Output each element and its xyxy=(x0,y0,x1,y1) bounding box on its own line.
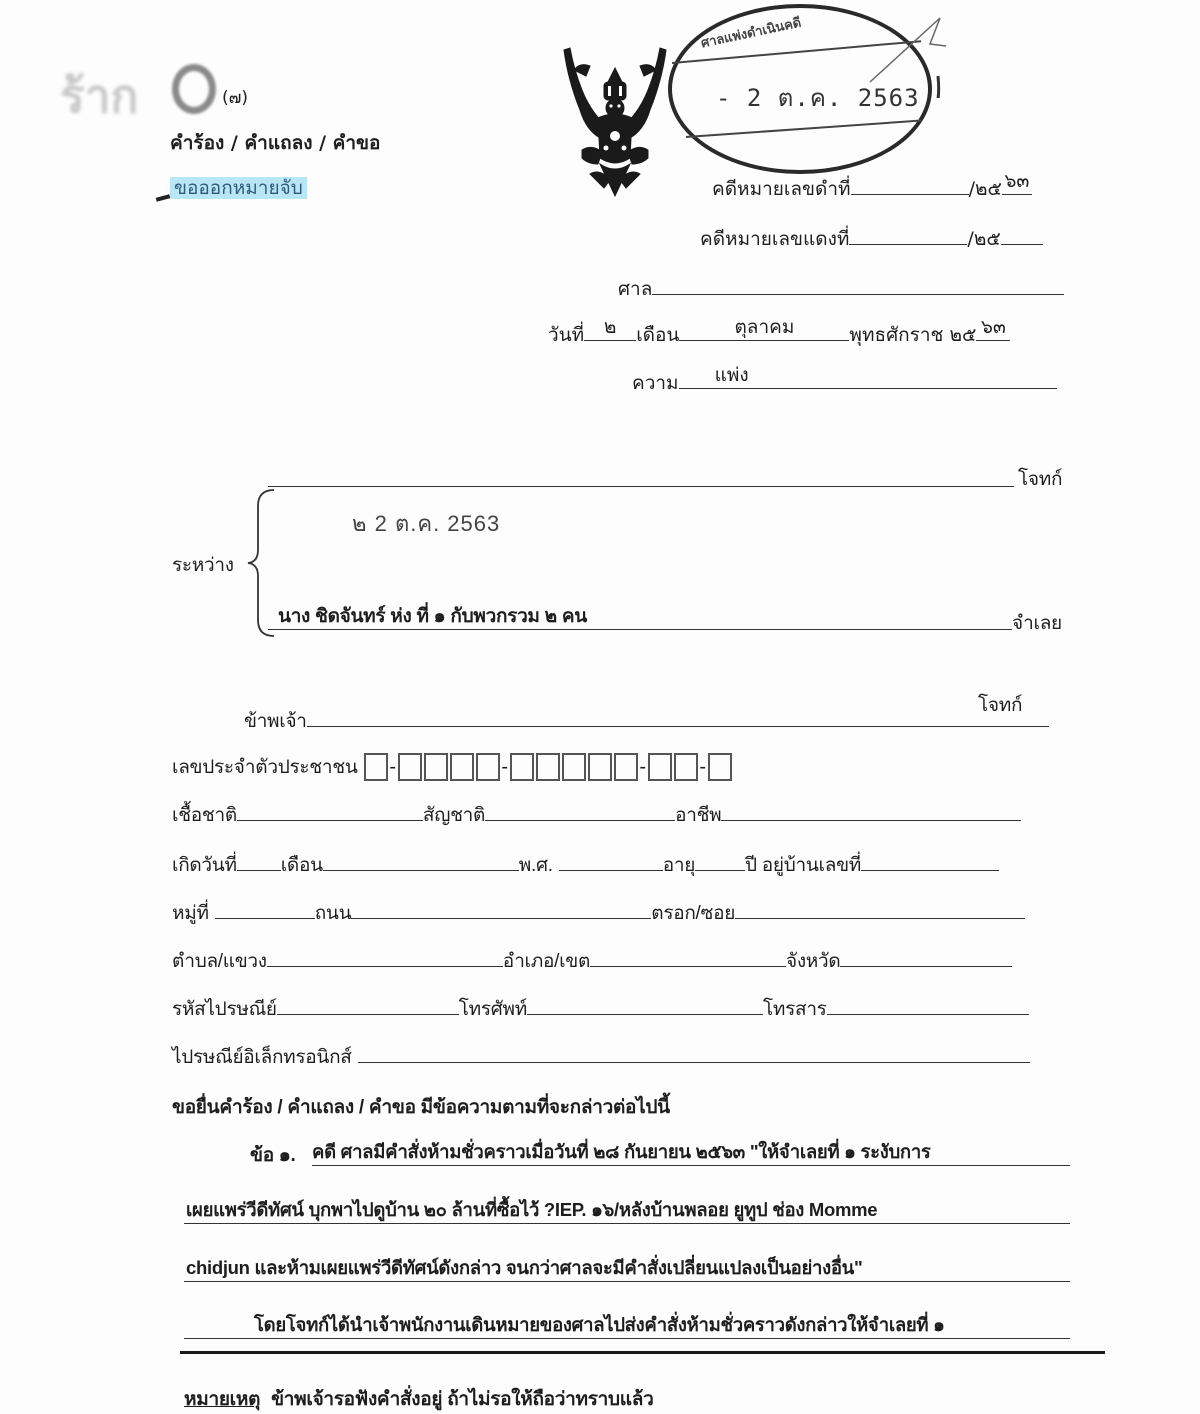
red-case-row: คดีหมายเลขแดงที่/๒๕ xyxy=(700,226,1043,251)
matter-field[interactable]: แพ่ง xyxy=(679,370,1057,389)
court-row: ศาล xyxy=(618,276,1064,301)
black-case-number-field[interactable] xyxy=(851,176,969,195)
garuda-emblem-icon xyxy=(560,40,670,200)
id-digit-box[interactable] xyxy=(614,753,638,781)
defendant-label: จำเลย xyxy=(1012,608,1062,638)
race-label: เชื้อชาติ xyxy=(172,805,237,826)
item-label: ข้อ ๑. xyxy=(250,1140,296,1170)
matter-row: ความแพ่ง xyxy=(632,370,1057,395)
year-field[interactable]: ๖๓ xyxy=(976,322,1010,341)
age-label: อายุ xyxy=(663,855,695,876)
subdistrict-field[interactable] xyxy=(267,948,503,967)
petition-line-1[interactable]: คดี ศาลมีคำสั่งห้ามชั่วคราวเมื่อวันที่ ๒… xyxy=(312,1138,931,1167)
province-field[interactable] xyxy=(840,948,1012,967)
id-separator: - xyxy=(501,756,509,779)
petition-intro: ขอยื่นคำร้อง / คำแถลง / คำขอ มีข้อความตา… xyxy=(172,1092,670,1122)
birth-row: เกิดวันที่เดือนพ.ศ.อายุปี อยู่บ้านเลขที่ xyxy=(172,850,999,880)
house-number-field[interactable] xyxy=(861,852,999,871)
between-date-stamp: ๒ 2 ต.ค. 2563 xyxy=(352,506,500,541)
date-label: วันที่ xyxy=(548,324,584,346)
national-id-field[interactable]: ---- xyxy=(363,756,733,777)
nationality-field[interactable] xyxy=(485,802,675,821)
race-row: เชื้อชาติสัญชาติอาชีพ xyxy=(172,800,1021,830)
petition-underline-2 xyxy=(184,1223,1070,1224)
form-type-title: คำร้อง / คำแถลง / คำขอ xyxy=(170,131,380,155)
national-id-label: เลขประจำตัวประชาชน xyxy=(172,757,358,778)
red-case-year-prefix: /๒๕ xyxy=(967,228,1000,250)
id-digit-box[interactable] xyxy=(424,753,448,781)
year-label: พุทธศักราช ๒๕ xyxy=(849,324,976,346)
fax-label: โทรสาร xyxy=(763,999,827,1020)
id-separator: - xyxy=(389,756,397,779)
court-label: ศาล xyxy=(618,278,652,300)
petition-line-2[interactable]: เผยแพร่วีดีทัศน์ บุกพาไปดูบ้าน ๒๐ ล้านที… xyxy=(186,1196,877,1225)
month-field[interactable]: ตุลาคม xyxy=(679,322,849,341)
contact-row: รหัสไปรษณีย์โทรศัพท์โทรสาร xyxy=(172,994,1029,1024)
court-field[interactable] xyxy=(652,276,1064,295)
id-separator: - xyxy=(639,756,647,779)
petition-underline-3 xyxy=(184,1281,1070,1282)
alley-field[interactable] xyxy=(735,900,1025,919)
plaintiff-label: โจทก์ xyxy=(1018,464,1062,494)
note-label: หมายเหตุ xyxy=(184,1389,260,1410)
email-row: ไปรษณีย์อิเล็กทรอนิกส์ xyxy=(172,1042,1030,1072)
id-digit-box[interactable] xyxy=(588,753,612,781)
email-label: ไปรษณีย์อิเล็กทรอนิกส์ xyxy=(172,1047,352,1068)
birth-month-label: เดือน xyxy=(281,855,323,876)
email-field[interactable] xyxy=(358,1044,1030,1063)
address-row-2: ตำบล/แขวงอำเภอ/เขตจังหวัด xyxy=(172,946,1012,976)
age-field[interactable] xyxy=(695,852,745,871)
id-digit-box[interactable] xyxy=(450,753,474,781)
date-row: วันที่๒เดือนตุลาคมพุทธศักราช ๒๕๖๓ xyxy=(548,322,1010,347)
between-label: ระหว่าง xyxy=(172,550,234,580)
id-digit-box[interactable] xyxy=(398,753,422,781)
defendant-name[interactable]: นาง ชิดจันทร์ ห่ง ที่ ๑ กับพวกรวม ๒ คน xyxy=(278,601,587,631)
race-field[interactable] xyxy=(237,802,423,821)
matter-label: ความ xyxy=(632,372,679,394)
phone-label: โทรศัพท์ xyxy=(459,999,527,1020)
id-digit-box[interactable] xyxy=(476,753,500,781)
request-subject[interactable]: ขอออกหมายจับ xyxy=(170,176,307,200)
occupation-field[interactable] xyxy=(721,802,1021,821)
applicant-name-field[interactable] xyxy=(307,708,1049,727)
birth-day-field[interactable] xyxy=(237,852,281,871)
phone-field[interactable] xyxy=(527,996,763,1015)
red-case-label: คดีหมายเลขแดงที่ xyxy=(700,228,849,250)
defendant-field[interactable] xyxy=(268,629,1012,630)
red-case-number-field[interactable] xyxy=(849,226,967,245)
black-case-row: คดีหมายเลขดำที่/๒๕๖๓ xyxy=(712,176,1032,201)
id-digit-box[interactable] xyxy=(648,753,672,781)
district-label: อำเภอ/เขต xyxy=(503,951,590,972)
house-number-label: ปี อยู่บ้านเลขที่ xyxy=(745,855,861,876)
id-digit-box[interactable] xyxy=(536,753,560,781)
birth-month-field[interactable] xyxy=(323,852,519,871)
court-petition-form: ร้าก (๗) คำร้อง / คำแถลง / คำขอ ขอออกหมา… xyxy=(0,0,1200,1414)
road-field[interactable] xyxy=(351,900,651,919)
black-case-year-prefix: /๒๕ xyxy=(969,178,1002,200)
id-separator: - xyxy=(699,756,707,779)
signature-mark-icon xyxy=(860,8,950,98)
red-case-year-field[interactable] xyxy=(1001,226,1043,245)
applicant-row: ข้าพเจ้า xyxy=(244,706,1049,736)
footer-note: หมายเหตุ ข้าพเจ้ารอฟังคำสั่งอยู่ ถ้าไม่ร… xyxy=(184,1384,653,1414)
moo-label: หมู่ที่ xyxy=(172,903,209,924)
id-digit-box[interactable] xyxy=(562,753,586,781)
form-circle-mark xyxy=(172,64,216,114)
pen-mark xyxy=(156,194,171,201)
between-brace-icon xyxy=(246,488,276,638)
postcode-field[interactable] xyxy=(277,996,459,1015)
note-text: ข้าพเจ้ารอฟังคำสั่งอยู่ ถ้าไม่รอให้ถือว่… xyxy=(271,1389,653,1410)
petition-line-3[interactable]: chidjun และห้ามเผยแพร่วีดีทัศน์ดังกล่าว … xyxy=(186,1254,862,1283)
id-digit-box[interactable] xyxy=(674,753,698,781)
form-number: (๗) xyxy=(222,86,248,110)
occupation-label: อาชีพ xyxy=(675,805,721,826)
birth-day-label: เกิดวันที่ xyxy=(172,855,237,876)
applicant-label: ข้าพเจ้า xyxy=(244,711,307,732)
black-case-year-field[interactable]: ๖๓ xyxy=(1002,176,1032,195)
birth-year-field[interactable] xyxy=(559,852,663,871)
petition-underline-4 xyxy=(184,1338,1070,1339)
faded-ghost-text: ร้าก xyxy=(60,60,138,133)
province-label: จังหวัด xyxy=(786,951,840,972)
id-digit-box[interactable] xyxy=(510,753,534,781)
month-label: เดือน xyxy=(636,324,679,346)
section-divider xyxy=(180,1351,1105,1354)
date-day-field[interactable]: ๒ xyxy=(584,322,636,341)
petition-underline-1 xyxy=(312,1165,1070,1166)
fax-field[interactable] xyxy=(827,996,1029,1015)
postcode-label: รหัสไปรษณีย์ xyxy=(172,999,277,1020)
id-digit-box[interactable] xyxy=(708,753,732,781)
address-row-1: หมู่ที่ถนนตรอก/ซอย xyxy=(172,898,1025,928)
alley-label: ตรอก/ซอย xyxy=(651,903,735,924)
nationality-label: สัญชาติ xyxy=(423,805,485,826)
black-case-label: คดีหมายเลขดำที่ xyxy=(712,178,851,200)
id-digit-box[interactable] xyxy=(364,753,388,781)
subdistrict-label: ตำบล/แขวง xyxy=(172,951,267,972)
moo-field[interactable] xyxy=(215,900,315,919)
request-subject-text: ขอออกหมายจับ xyxy=(170,177,307,199)
national-id-row: เลขประจำตัวประชาชน ---- xyxy=(172,752,733,782)
birth-year-label: พ.ศ. xyxy=(519,855,553,876)
plaintiff-field[interactable] xyxy=(268,486,1014,487)
district-field[interactable] xyxy=(590,948,786,967)
petition-line-4[interactable]: โดยโจทก์ได้นำเจ้าพนักงานเดินหมายของศาลไป… xyxy=(254,1311,945,1340)
road-label: ถนน xyxy=(315,903,352,924)
